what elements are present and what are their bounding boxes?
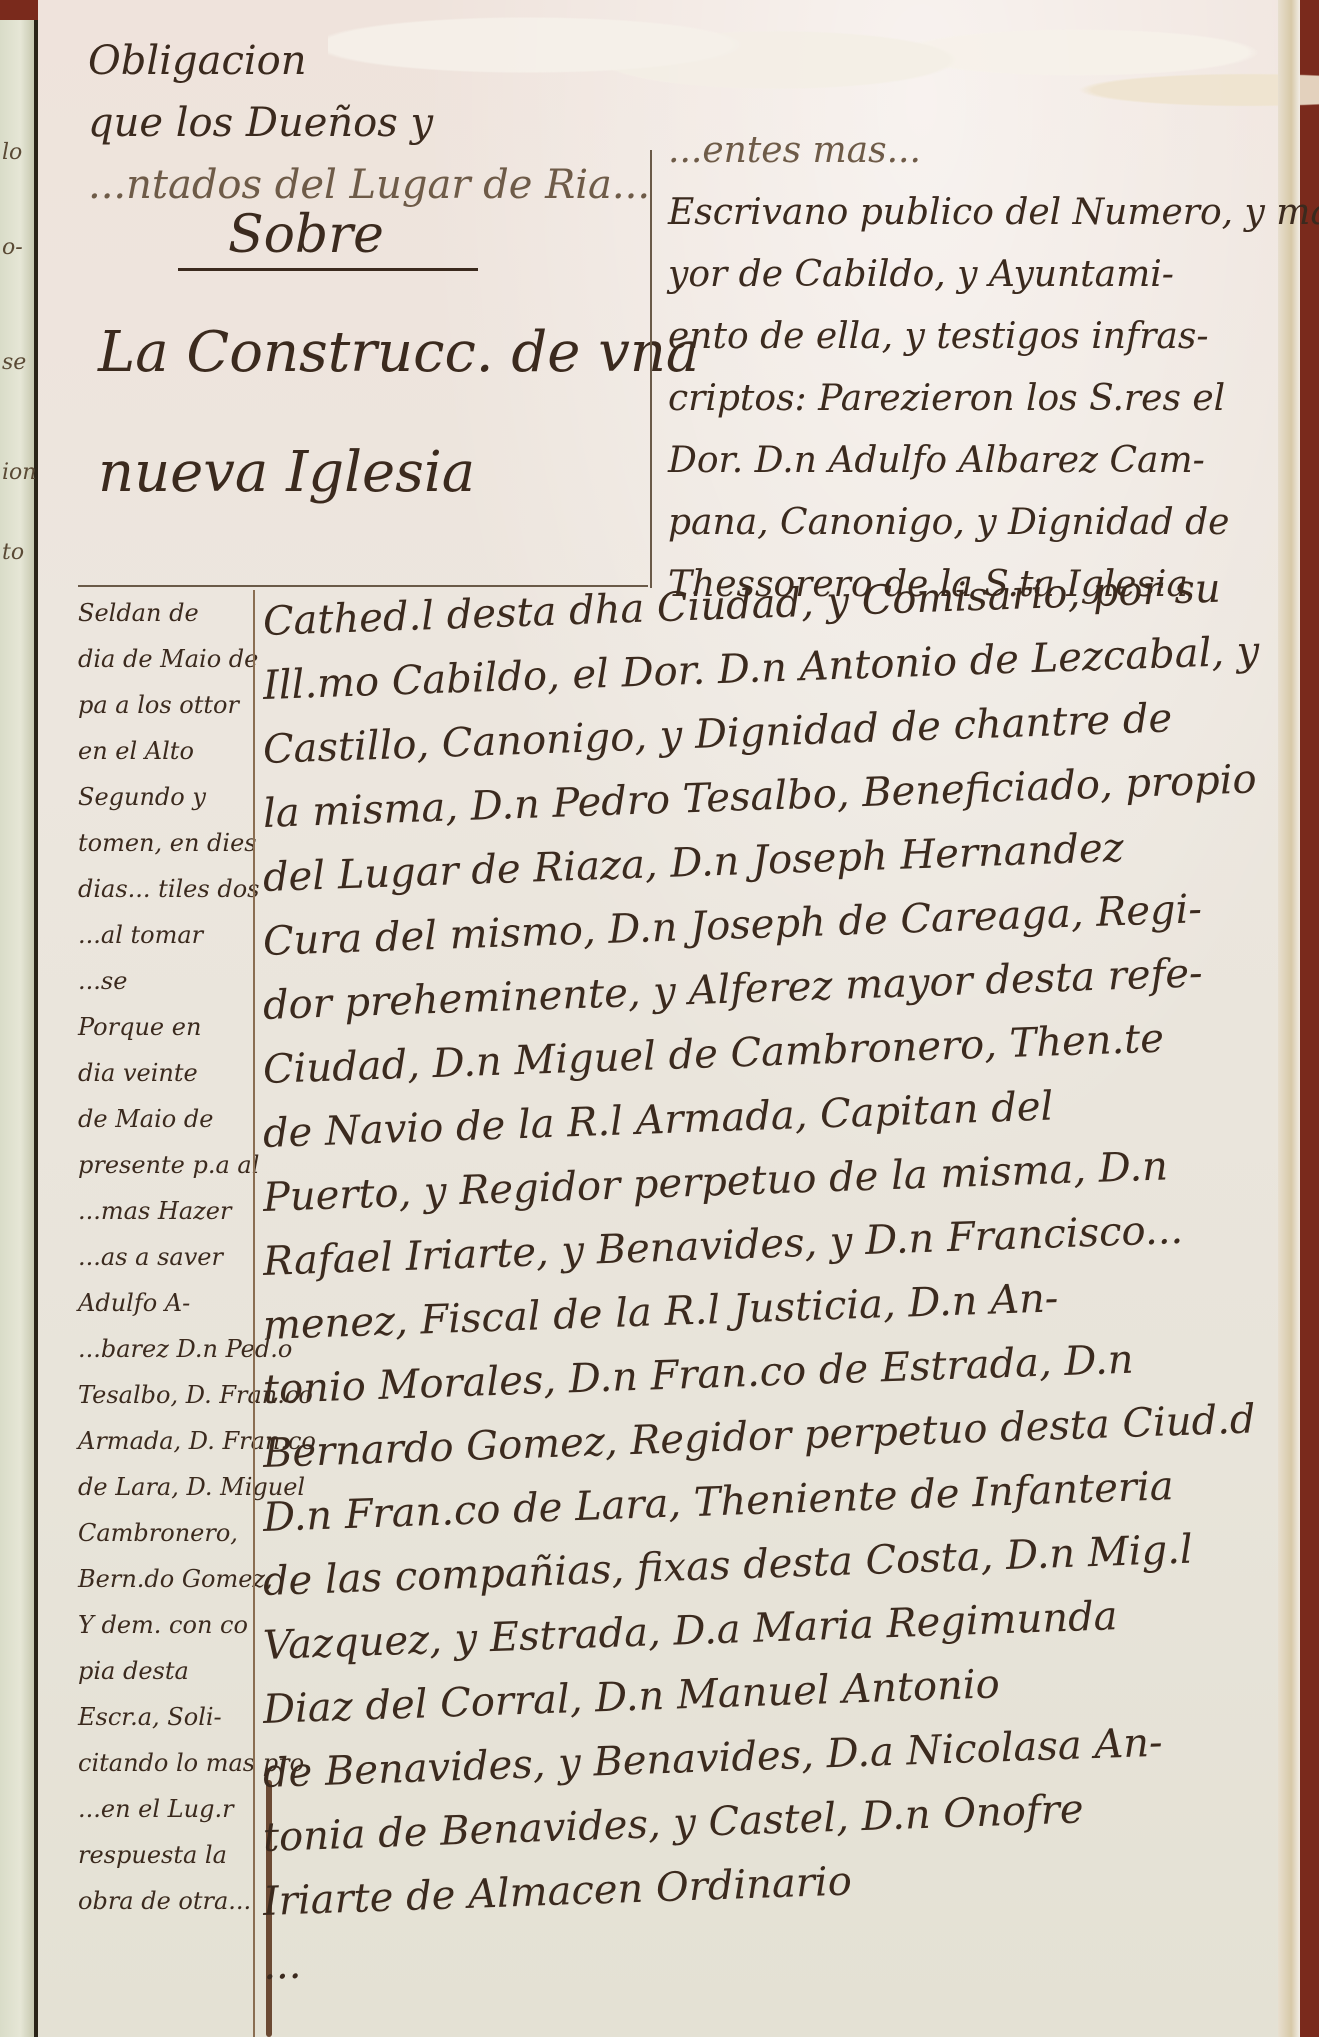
- prev-page-fragment: ion: [2, 460, 36, 485]
- title-nueva-iglesia: nueva Iglesia: [98, 440, 475, 505]
- title-underline: [178, 268, 478, 271]
- margin-note-line: Porque en: [78, 1004, 248, 1050]
- header-title-block: Obligacion que los Dueños y ...ntados de…: [88, 30, 648, 216]
- manuscript-page: Obligacion que los Dueños y ...ntados de…: [38, 0, 1300, 2037]
- margin-note-line: en el Alto: [78, 728, 248, 774]
- right-column-text: ...entes mas... Escrivano publico del Nu…: [668, 120, 1308, 616]
- body-text: Cathed.l desta dha Ciudad, y Comisario, …: [263, 590, 1313, 1998]
- margin-note-line: pa a los ottor: [78, 682, 248, 728]
- margin-note-line: Adulfo A-: [78, 1280, 248, 1326]
- column-divider: [650, 150, 652, 588]
- text-line: ...entes mas...: [668, 120, 1308, 182]
- margin-note-line: Seldan de: [78, 590, 248, 636]
- margin-note-line: dia veinte: [78, 1050, 248, 1096]
- text-line: Dor. D.n Adulfo Albarez Cam-: [668, 430, 1308, 492]
- margin-note-line: Tesalbo, D. Fran.co: [78, 1372, 248, 1418]
- margin-note-line: ...se: [78, 958, 248, 1004]
- prev-page-fragment: lo: [2, 140, 22, 165]
- margin-note-line: respuesta la: [78, 1832, 248, 1878]
- previous-page-strip: lo o- se ion to: [0, 20, 38, 2037]
- margin-note-line: ...al tomar: [78, 912, 248, 958]
- text-line: pana, Canonigo, y Dignidad de: [668, 492, 1308, 554]
- margin-note-line: tomen, en dies: [78, 820, 248, 866]
- margin-note-line: de Lara, D. Miguel: [78, 1464, 248, 1510]
- text-line: criptos: Parezieron los S.res el: [668, 368, 1308, 430]
- margin-note-line: Y dem. con co: [78, 1602, 248, 1648]
- title-sobre: Sobre: [228, 205, 384, 265]
- margin-note-line: obra de otra...: [78, 1878, 248, 1924]
- text-line: ento de ella, y testigos infras-: [668, 306, 1308, 368]
- title-line: Obligacion: [88, 30, 648, 92]
- title-construccion: La Construcc. de vna: [98, 320, 699, 385]
- title-line: que los Dueños y: [88, 92, 648, 154]
- margin-notes: Seldan de dia de Maio de pa a los ottor …: [78, 590, 248, 1924]
- margin-note-line: dia de Maio de: [78, 636, 248, 682]
- margin-note-line: citando lo mas pro: [78, 1740, 248, 1786]
- margin-note-line: Cambronero,: [78, 1510, 248, 1556]
- margin-note-line: ...en el Lug.r: [78, 1786, 248, 1832]
- text-line: yor de Cabildo, y Ayuntami-: [668, 244, 1308, 306]
- text-line: Escrivano publico del Numero, y ma-: [668, 182, 1308, 244]
- margin-note-line: presente p.a al: [78, 1142, 248, 1188]
- margin-note-line: Escr.a, Soli-: [78, 1694, 248, 1740]
- prev-page-fragment: se: [2, 350, 26, 375]
- prev-page-fragment: to: [2, 540, 24, 565]
- margin-note-line: ...as a saver: [78, 1234, 248, 1280]
- margin-note-line: de Maio de: [78, 1096, 248, 1142]
- margin-note-line: Armada, D. Fran.co: [78, 1418, 248, 1464]
- prev-page-fragment: o-: [2, 235, 23, 260]
- margin-note-line: Bern.do Gomez,: [78, 1556, 248, 1602]
- margin-note-line: dias... tiles dos: [78, 866, 248, 912]
- margin-note-line: ...barez D.n Ped.o: [78, 1326, 248, 1372]
- margin-note-line: ...mas Hazer: [78, 1188, 248, 1234]
- margin-note-line: Segundo y: [78, 774, 248, 820]
- margin-note-line: pia desta: [78, 1648, 248, 1694]
